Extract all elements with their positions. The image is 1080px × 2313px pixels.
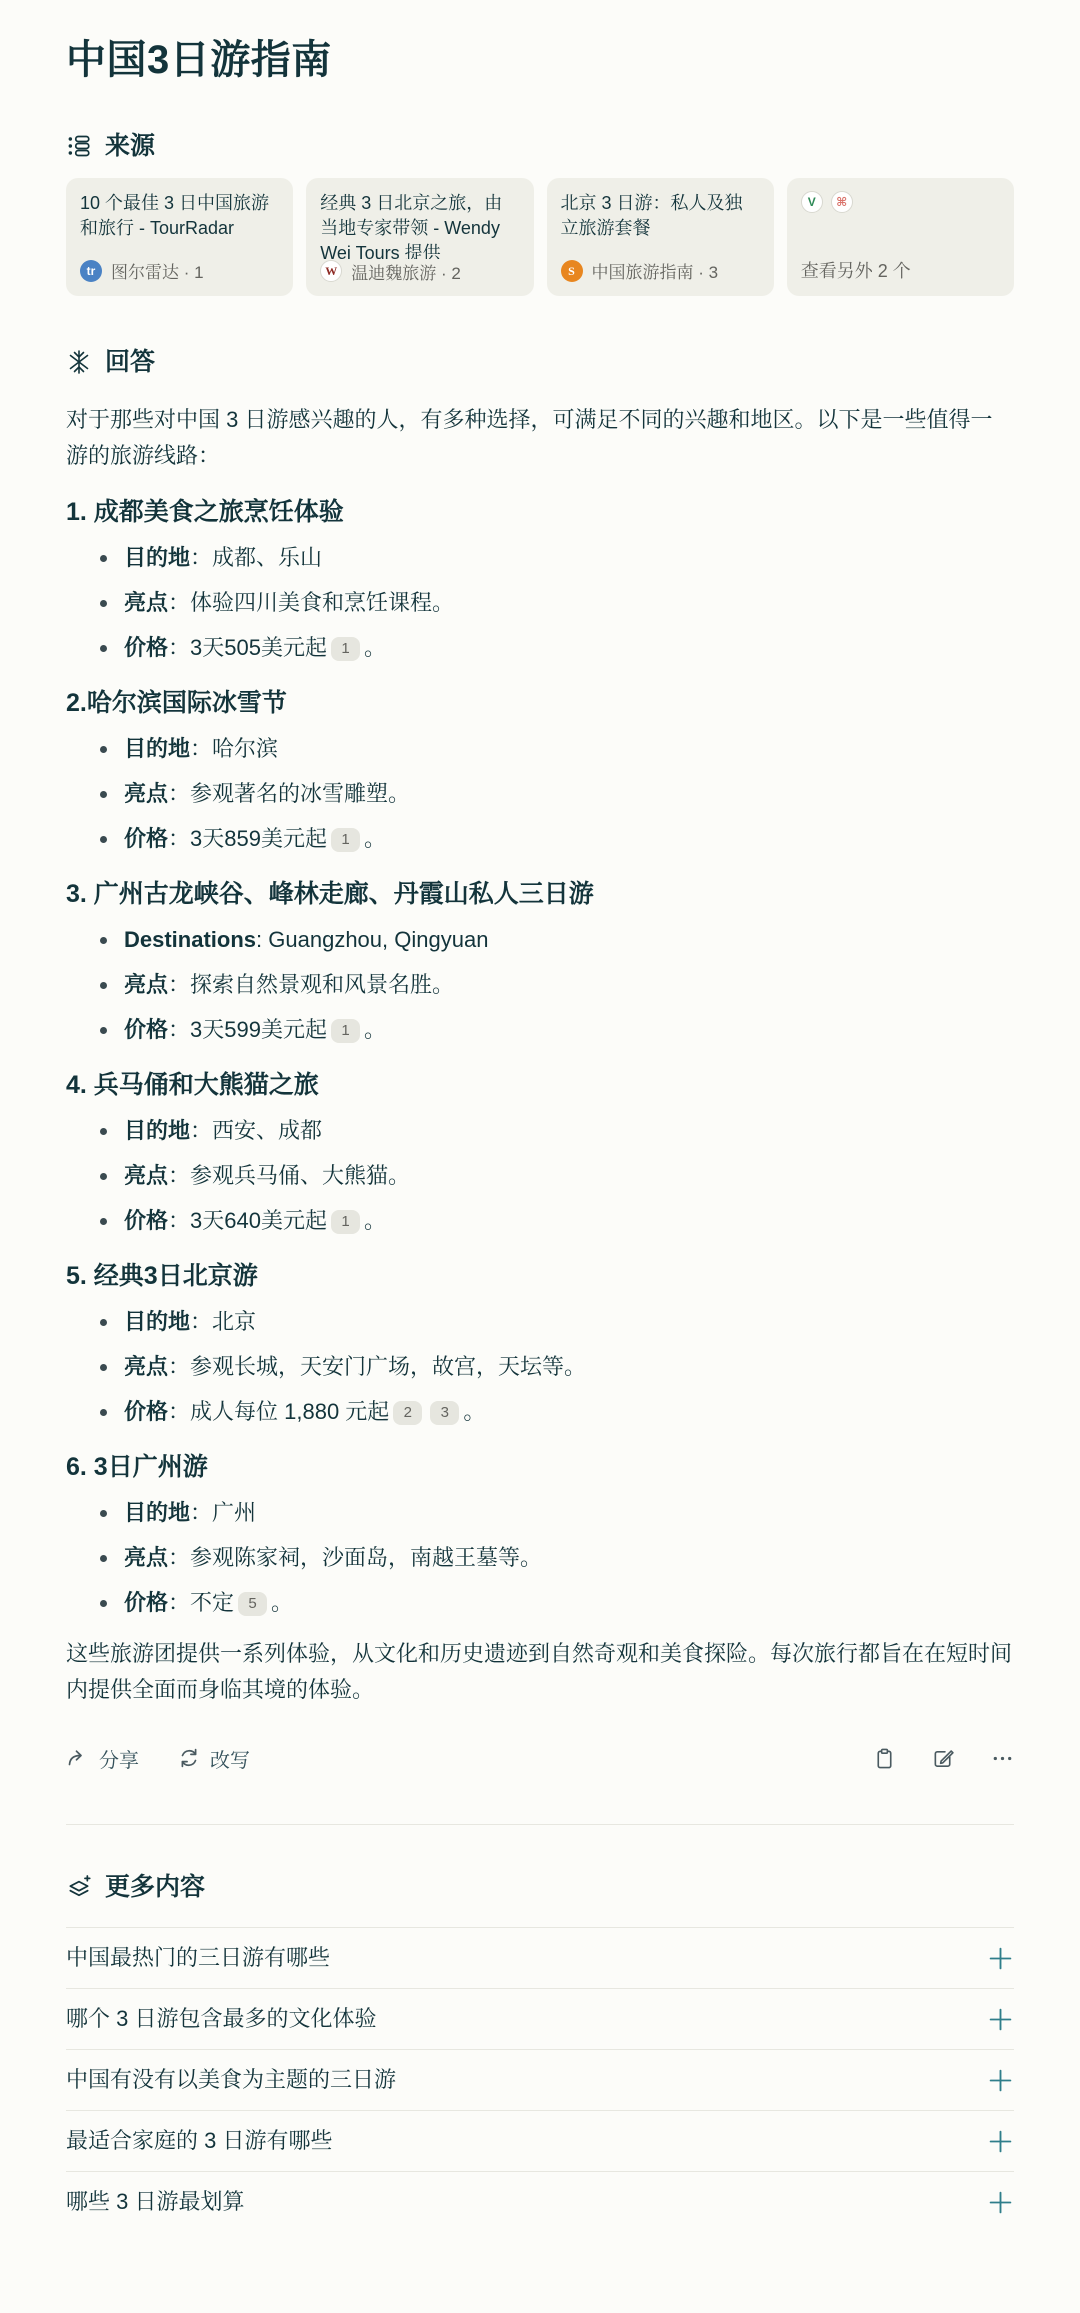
bullet-text: 哈尔滨 — [212, 736, 278, 761]
related-section-header: 更多内容 — [66, 1871, 1014, 1903]
bullet-label: 价格 — [124, 635, 168, 660]
bullet-label: 目的地 — [124, 1309, 190, 1334]
bullet-item: Destinations: Guangzhou, Qingyuan — [124, 923, 1014, 957]
source-card-title: 经典 3 日北京之旅，由当地专家带领 - Wendy Wei Tours 提供 — [320, 191, 519, 259]
bullet-item: 亮点：参观陈家祠，沙面岛，南越王墓等。 — [124, 1541, 1014, 1575]
answer-action-bar: 分享 改写 — [66, 1738, 1014, 1778]
source-card-title: 北京 3 日游：私人及独立旅游套餐 — [561, 191, 760, 241]
bullet-item: 价格：3天640美元起1。 — [124, 1204, 1014, 1238]
section-divider — [66, 1824, 1014, 1825]
tour-item-heading: 3. 广州古龙峡谷、峰林走廊、丹霞山私人三日游 — [66, 876, 1014, 912]
bullet-label: 价格 — [124, 1208, 168, 1233]
ellipsis-icon — [991, 1747, 1014, 1770]
answer-intro: 对于那些对中国 3 日游感兴趣的人，有多种选择，可满足不同的兴趣和地区。以下是一… — [66, 402, 1014, 474]
plus-icon — [987, 2006, 1014, 2033]
bullet-text: 3天859美元起 — [190, 826, 327, 851]
bullet-item: 价格：3天599美元起1。 — [124, 1013, 1014, 1047]
bullet-suffix: 。 — [463, 1399, 485, 1424]
bullet-label: 价格 — [124, 826, 168, 851]
bullet-suffix: 。 — [364, 635, 386, 660]
tour-item-heading: 5. 经典3日北京游 — [66, 1258, 1014, 1294]
tour-item-bullets: 目的地：西安、成都亮点：参观兵马俑、大熊猫。价格：3天640美元起1。 — [66, 1114, 1014, 1238]
bullet-text: 成人每位 1,880 元起 — [190, 1399, 389, 1424]
china-travel-guide-favicon: S — [561, 260, 583, 282]
source-card-meta: tr图尔雷达 · 1 — [80, 258, 279, 283]
related-item-text: 哪个 3 日游包含最多的文化体验 — [66, 2004, 376, 2034]
bullet-separator: ： — [190, 545, 212, 570]
bullet-separator: ： — [168, 1017, 190, 1042]
bullet-label: 亮点 — [124, 1354, 168, 1379]
plus-icon — [987, 1945, 1014, 1972]
bullet-item: 价格：3天859美元起1。 — [124, 822, 1014, 856]
tour-items: 1. 成都美食之旅烹饪体验目的地：成都、乐山亮点：体验四川美食和烹饪课程。价格：… — [66, 494, 1014, 1620]
share-icon — [66, 1746, 90, 1770]
bullet-separator: ： — [168, 1163, 190, 1188]
source-more-card[interactable]: V⌘查看另外 2 个 — [787, 178, 1014, 296]
bullet-suffix: 。 — [271, 1590, 293, 1615]
related-item[interactable]: 哪个 3 日游包含最多的文化体验 — [66, 1988, 1014, 2049]
tour-item-heading: 1. 成都美食之旅烹饪体验 — [66, 494, 1014, 530]
bullet-separator: ： — [168, 781, 190, 806]
answer-header-label: 回答 — [105, 346, 155, 378]
related-item[interactable]: 中国有没有以美食为主题的三日游 — [66, 2049, 1014, 2110]
citation-badge[interactable]: 5 — [238, 1592, 267, 1616]
bullet-separator: ： — [168, 1590, 190, 1615]
bullet-item: 亮点：探索自然景观和风景名胜。 — [124, 968, 1014, 1002]
bullet-label: 亮点 — [124, 590, 168, 615]
bullet-text: 体验四川美食和烹饪课程。 — [190, 590, 454, 615]
source-card-domain: 图尔雷达 · 1 — [111, 258, 204, 283]
bullet-item: 价格：成人每位 1,880 元起23。 — [124, 1395, 1014, 1429]
bullet-label: 目的地 — [124, 545, 190, 570]
bullet-item: 亮点：体验四川美食和烹饪课程。 — [124, 586, 1014, 620]
plus-icon — [987, 2189, 1014, 2216]
see-more-sources-label: 查看另外 2 个 — [801, 257, 1000, 283]
bullet-text: 3天599美元起 — [190, 1017, 327, 1042]
bullet-item: 目的地：西安、成都 — [124, 1114, 1014, 1148]
related-item[interactable]: 哪些 3 日游最划算 — [66, 2171, 1014, 2232]
tour-item-bullets: 目的地：广州亮点：参观陈家祠，沙面岛，南越王墓等。价格：不定5。 — [66, 1496, 1014, 1620]
source-card[interactable]: 10 个最佳 3 日中国旅游和旅行 - TourRadartr图尔雷达 · 1 — [66, 178, 293, 296]
page-title: 中国3日游指南 — [66, 36, 1014, 84]
bullet-text: 不定 — [190, 1590, 234, 1615]
source-favicon-knot: ⌘ — [831, 191, 853, 213]
bullet-separator: ： — [168, 1545, 190, 1570]
bullet-label: 亮点 — [124, 781, 168, 806]
tour-item-bullets: 目的地：北京亮点：参观长城，天安门广场，故宫，天坛等。价格：成人每位 1,880… — [66, 1305, 1014, 1429]
bullet-text: 3天640美元起 — [190, 1208, 327, 1233]
bullet-separator: ： — [168, 590, 190, 615]
share-button[interactable]: 分享 — [66, 1744, 139, 1773]
bullet-text: 参观长城，天安门广场，故宫，天坛等。 — [190, 1354, 586, 1379]
bullet-label: 亮点 — [124, 972, 168, 997]
bullet-item: 亮点：参观著名的冰雪雕塑。 — [124, 777, 1014, 811]
bullet-text: 广州 — [212, 1500, 256, 1525]
more-options-button[interactable] — [991, 1747, 1014, 1770]
citation-badge[interactable]: 2 — [393, 1401, 422, 1425]
rewrite-label: 改写 — [210, 1744, 250, 1773]
related-item[interactable]: 最适合家庭的 3 日游有哪些 — [66, 2110, 1014, 2171]
source-card-title: 10 个最佳 3 日中国旅游和旅行 - TourRadar — [80, 191, 279, 241]
bullet-text: 成都、乐山 — [212, 545, 322, 570]
bullet-text: 参观陈家祠，沙面岛，南越王墓等。 — [190, 1545, 542, 1570]
answer-section-header: 回答 — [66, 346, 1014, 378]
bullet-label: 价格 — [124, 1017, 168, 1042]
bullet-item: 目的地：成都、乐山 — [124, 541, 1014, 575]
tour-item-heading: 6. 3日广州游 — [66, 1449, 1014, 1485]
share-label: 分享 — [99, 1744, 139, 1773]
source-card-domain: 中国旅游指南 · 3 — [592, 258, 719, 283]
related-item-text: 哪些 3 日游最划算 — [66, 2187, 244, 2217]
copy-button[interactable] — [873, 1747, 896, 1770]
tour-item-heading: 4. 兵马俑和大熊猫之旅 — [66, 1067, 1014, 1103]
bullet-suffix: 。 — [364, 826, 386, 851]
tour-item-bullets: 目的地：哈尔滨亮点：参观著名的冰雪雕塑。价格：3天859美元起1。 — [66, 732, 1014, 856]
rewrite-button[interactable]: 改写 — [177, 1744, 250, 1773]
related-item[interactable]: 中国最热门的三日游有哪些 — [66, 1927, 1014, 1988]
bullet-separator: ： — [190, 1500, 212, 1525]
bullet-item: 目的地：广州 — [124, 1496, 1014, 1530]
bullet-text: 参观兵马俑、大熊猫。 — [190, 1163, 410, 1188]
bullet-item: 目的地：哈尔滨 — [124, 732, 1014, 766]
bullet-suffix: 。 — [364, 1017, 386, 1042]
bullet-separator: ： — [168, 1208, 190, 1233]
source-card-meta: W温迪魏旅游 · 2 — [320, 259, 519, 283]
bullet-label: 目的地 — [124, 1500, 190, 1525]
answer-outro: 这些旅游团提供一系列体验，从文化和历史遗迹到自然奇观和美食探险。每次旅行都旨在在… — [66, 1636, 1014, 1708]
bullet-item: 亮点：参观长城，天安门广场，故宫，天坛等。 — [124, 1350, 1014, 1384]
bullet-separator: ： — [190, 1118, 212, 1143]
plus-icon — [987, 2067, 1014, 2094]
source-cards: 10 个最佳 3 日中国旅游和旅行 - TourRadartr图尔雷达 · 1经… — [66, 178, 1014, 296]
bullet-separator: ： — [190, 736, 212, 761]
bullet-separator: ： — [168, 635, 190, 660]
related-list: 中国最热门的三日游有哪些 哪个 3 日游包含最多的文化体验 中国有没有以美食为主… — [66, 1927, 1014, 2232]
related-item-text: 最适合家庭的 3 日游有哪些 — [66, 2126, 332, 2156]
bullet-separator: ： — [168, 1354, 190, 1379]
bullet-label: 目的地 — [124, 736, 190, 761]
bullet-suffix: 。 — [364, 1208, 386, 1233]
bullet-label: 目的地 — [124, 1118, 190, 1143]
related-header-label: 更多内容 — [105, 1871, 205, 1903]
bullet-separator: ： — [168, 826, 190, 851]
edit-icon — [932, 1747, 955, 1770]
bullet-separator: ： — [168, 972, 190, 997]
citation-badge[interactable]: 1 — [331, 828, 360, 852]
tourradar-favicon: tr — [80, 260, 102, 282]
bullet-text: 西安、成都 — [212, 1118, 322, 1143]
related-item-text: 中国最热门的三日游有哪些 — [66, 1943, 330, 1973]
answer-asterisk-icon — [66, 349, 92, 375]
wendy-wei-favicon: W — [320, 260, 342, 282]
edit-button[interactable] — [932, 1747, 955, 1770]
bullet-separator: ： — [168, 1399, 190, 1424]
bullet-item: 价格：3天505美元起1。 — [124, 631, 1014, 665]
bullet-label: 价格 — [124, 1399, 168, 1424]
source-card-meta: S中国旅游指南 · 3 — [561, 258, 760, 283]
bullet-separator: : — [256, 927, 268, 952]
bullet-text: 探索自然景观和风景名胜。 — [190, 972, 454, 997]
bullet-label: 亮点 — [124, 1545, 168, 1570]
citation-badge[interactable]: 1 — [331, 637, 360, 661]
bullet-label: 亮点 — [124, 1163, 168, 1188]
bullet-separator: ： — [190, 1309, 212, 1334]
citation-badge[interactable]: 3 — [430, 1401, 459, 1425]
clipboard-icon — [873, 1747, 896, 1770]
sources-list-icon — [66, 133, 92, 159]
source-card-domain: 温迪魏旅游 · 2 — [351, 259, 461, 284]
answer-page: 中国3日游指南 来源 10 个最佳 3 日中国旅游和旅行 - TourRadar… — [0, 0, 1080, 2232]
related-item-text: 中国有没有以美食为主题的三日游 — [66, 2065, 396, 2095]
bullet-label: 价格 — [124, 1590, 168, 1615]
tour-item-heading: 2.哈尔滨国际冰雪节 — [66, 685, 1014, 721]
source-more-favicons: V⌘ — [801, 191, 1000, 213]
bullet-text: 北京 — [212, 1309, 256, 1334]
rewrite-icon — [177, 1746, 201, 1770]
citation-badge[interactable]: 1 — [331, 1019, 360, 1043]
plus-icon — [987, 2128, 1014, 2155]
bullet-label: Destinations — [124, 927, 256, 952]
bullet-text: Guangzhou, Qingyuan — [268, 927, 488, 952]
source-card[interactable]: 北京 3 日游：私人及独立旅游套餐S中国旅游指南 · 3 — [547, 178, 774, 296]
tour-item-bullets: 目的地：成都、乐山亮点：体验四川美食和烹饪课程。价格：3天505美元起1。 — [66, 541, 1014, 665]
bullet-text: 参观著名的冰雪雕塑。 — [190, 781, 410, 806]
bullet-item: 价格：不定5。 — [124, 1586, 1014, 1620]
sources-header-label: 来源 — [105, 130, 155, 162]
source-favicon-v: V — [801, 191, 823, 213]
tour-item-bullets: Destinations: Guangzhou, Qingyuan亮点：探索自然… — [66, 923, 1014, 1047]
related-layers-icon — [66, 1874, 92, 1900]
bullet-item: 亮点：参观兵马俑、大熊猫。 — [124, 1159, 1014, 1193]
source-card[interactable]: 经典 3 日北京之旅，由当地专家带领 - Wendy Wei Tours 提供W… — [306, 178, 533, 296]
citation-badge[interactable]: 1 — [331, 1210, 360, 1234]
bullet-item: 目的地：北京 — [124, 1305, 1014, 1339]
bullet-text: 3天505美元起 — [190, 635, 327, 660]
sources-section-header: 来源 — [66, 130, 1014, 162]
